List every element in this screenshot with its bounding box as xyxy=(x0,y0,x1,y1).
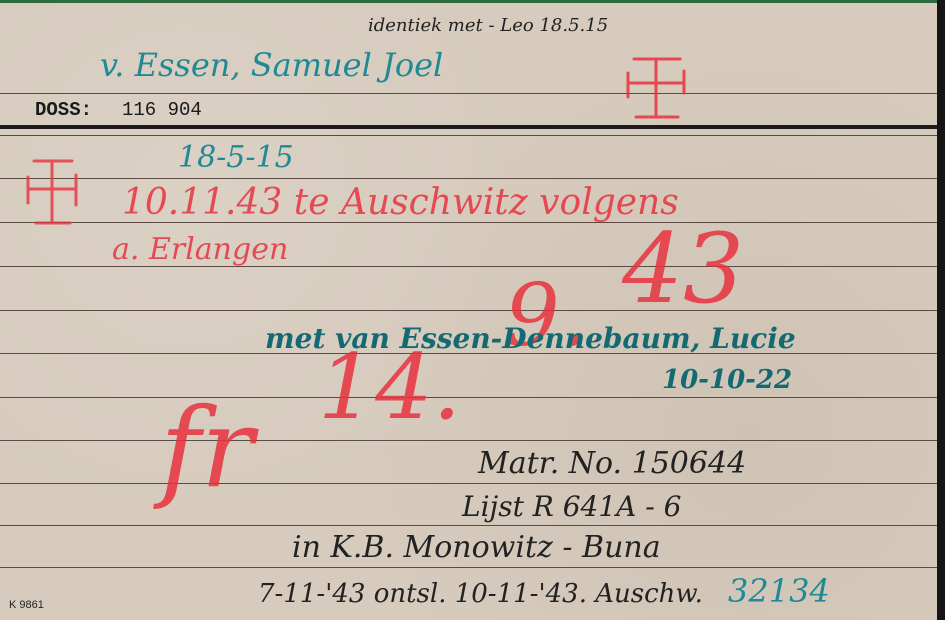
rule-line xyxy=(0,397,937,398)
person-name: v. Essen, Samuel Joel xyxy=(100,49,443,81)
rule-line xyxy=(0,93,937,94)
form-code: K 9861 xyxy=(9,600,44,611)
rule-line xyxy=(0,178,937,179)
rule-thick-line xyxy=(0,125,937,129)
transfer-dates: 7-11-'43 ontsl. 10-11-'43. Auschw. xyxy=(258,581,703,607)
final-number: 32134 xyxy=(728,575,830,607)
rule-line xyxy=(0,310,937,311)
deportation-line-1: 10.11.43 te Auschwitz volgens xyxy=(122,185,679,221)
rule-line xyxy=(0,440,937,441)
matriculation-number: Matr. No. 150644 xyxy=(478,449,746,479)
red-cross-mark-icon xyxy=(24,153,84,233)
red-cross-mark-icon xyxy=(622,53,692,123)
red-annotation-fr: fr xyxy=(160,393,253,503)
spouse-birth-date: 10-10-22 xyxy=(662,367,792,393)
index-card: identiek met - Leo 18.5.15 v. Essen, Sam… xyxy=(0,3,937,620)
rule-line xyxy=(0,525,937,526)
birth-date: 18-5-15 xyxy=(178,143,294,173)
identity-note: identiek met - Leo 18.5.15 xyxy=(368,17,608,35)
rule-line xyxy=(0,483,937,484)
camp-location: in K.B. Monowitz - Buna xyxy=(292,533,661,563)
card-edge-shadow xyxy=(937,0,945,620)
list-reference: Lijst R 641A - 6 xyxy=(462,493,681,521)
rule-line xyxy=(0,567,937,568)
red-annotation-43: 43 xyxy=(622,221,744,317)
deportation-line-2: a. Erlangen xyxy=(112,235,288,265)
dossier-number: 116 904 xyxy=(122,101,202,120)
rule-line xyxy=(0,135,937,136)
dossier-label: DOSS: xyxy=(35,101,92,120)
red-annotation-14: 14. xyxy=(318,343,461,433)
spouse-name: met van Essen-Dennebaum, Lucie xyxy=(265,325,796,353)
